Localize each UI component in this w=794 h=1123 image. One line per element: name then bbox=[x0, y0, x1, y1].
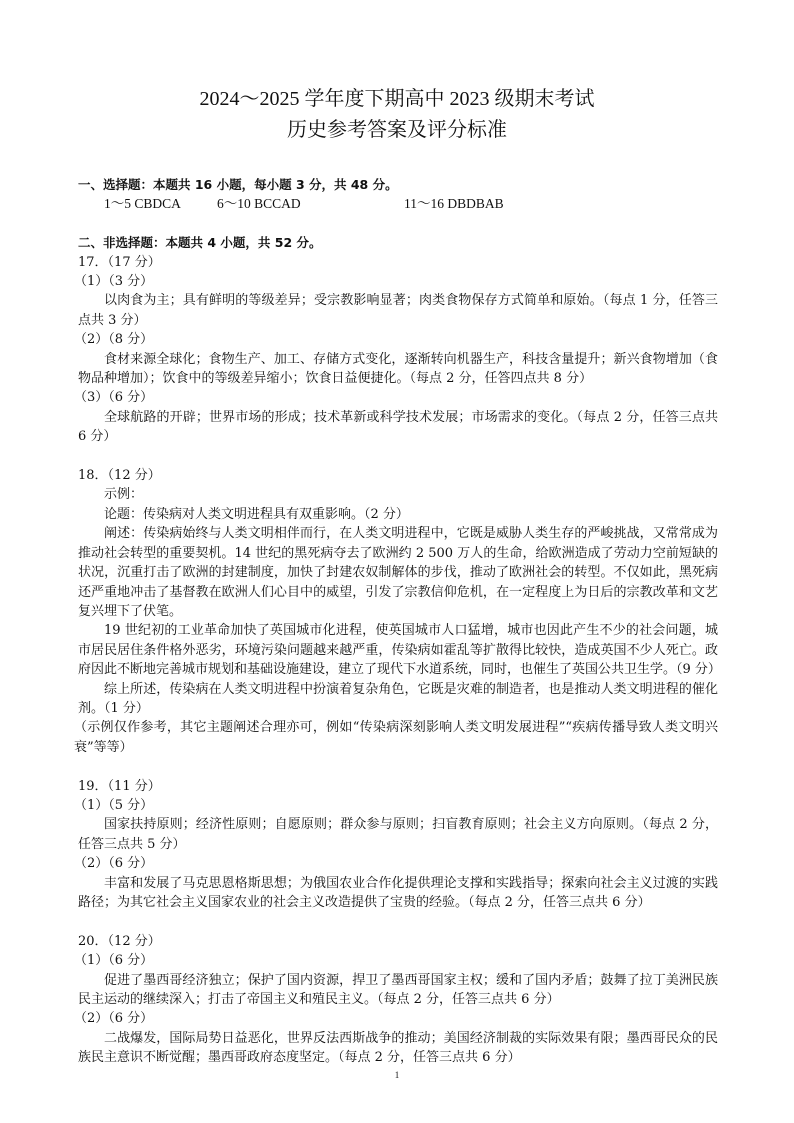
spacer bbox=[78, 214, 718, 233]
question-19-part2-label: （2）（6 分） bbox=[74, 854, 718, 873]
question-20-title: 20．（12 分） bbox=[78, 932, 718, 951]
question-20-part1-label: （1）（6 分） bbox=[74, 951, 718, 970]
question-20-part2-answer: 二战爆发，国际局势日益恶化，世界反法西斯战争的推动；美国经济制裁的实际效果有限；… bbox=[78, 1029, 718, 1068]
question-17-part3-answer: 全球航路的开辟；世界市场的形成；技术革新或科学技术发展；市场需求的变化。（每点 … bbox=[78, 408, 718, 447]
question-18-paragraph1: 阐述：传染病始终与人类文明相伴而行，在人类文明进程中，它既是威胁人类生存的严峻挑… bbox=[78, 524, 718, 621]
question-19-part2-answer: 丰富和发展了马克思恩格斯思想；为俄国农业合作化提供理论支撑和实践指导；探索向社会… bbox=[78, 874, 718, 913]
question-18-note: （示例仅作参考，其它主题阐述合理亦可，例如“传染病深刻影响人类文明发展进程”“疾… bbox=[74, 718, 718, 757]
answer-content: 一、选择题：本题共 16 小题，每小题 3 分，共 48 分。 1～5 CBDC… bbox=[78, 175, 718, 1068]
question-17-part3-label: （3）（6 分） bbox=[74, 388, 718, 407]
question-17-part2-answer: 食材来源全球化；食物生产、加工、存储方式变化，逐渐转向机器生产，科技含量提升；新… bbox=[78, 350, 718, 389]
question-18-conclusion: 综上所述，传染病在人类文明进程中扮演着复杂角色，它既是灾难的制造者，也是推动人类… bbox=[78, 680, 718, 719]
document-page: 2024～2025 学年度下期高中 2023 级期末考试 历史参考答案及评分标准… bbox=[0, 0, 794, 1123]
section2-heading: 二、非选择题：本题共 4 小题，共 52 分。 bbox=[78, 233, 718, 252]
question-18-title: 18．（12 分） bbox=[78, 466, 718, 485]
answer-group-1-5: 1～5 CBDCA bbox=[104, 194, 217, 213]
question-18-paragraph2: 19 世纪初的工业革命加快了英国城市化进程，使英国城市人口猛增，城市也因此产生不… bbox=[78, 621, 718, 679]
question-20-part1-answer: 促进了墨西哥经济独立；保护了国内资源，捍卫了墨西哥国家主权；缓和了国内矛盾；鼓舞… bbox=[78, 971, 718, 1010]
question-20-part2-label: （2）（6 分） bbox=[74, 1009, 718, 1028]
question-19-part1-label: （1）（5 分） bbox=[74, 796, 718, 815]
spacer bbox=[78, 447, 718, 466]
spacer bbox=[78, 912, 718, 931]
answer-group-11-16: 11～16 DBDBAB bbox=[404, 194, 504, 213]
question-19-title: 19．（11 分） bbox=[78, 777, 718, 796]
multiple-choice-answers: 1～5 CBDCA 6～10 BCCAD 11～16 DBDBAB bbox=[78, 194, 718, 213]
question-19-part1-answer: 国家扶持原则；经济性原则；自愿原则；群众参与原则；扫盲教育原则；社会主义方向原则… bbox=[78, 815, 718, 854]
document-subtitle: 历史参考答案及评分标准 bbox=[0, 113, 794, 142]
page-number: 1 bbox=[0, 1070, 794, 1080]
question-18-thesis: 论题：传染病对人类文明进程具有双重影响。（2 分） bbox=[78, 505, 718, 524]
question-18-example-label: 示例： bbox=[78, 485, 718, 504]
question-17-part1-label: （1）（3 分） bbox=[74, 272, 718, 291]
answer-group-6-10: 6～10 BCCAD bbox=[217, 194, 404, 213]
spacer bbox=[78, 757, 718, 776]
document-title: 2024～2025 学年度下期高中 2023 级期末考试 bbox=[0, 82, 794, 111]
section1-heading: 一、选择题：本题共 16 小题，每小题 3 分，共 48 分。 bbox=[78, 175, 718, 194]
question-17-part1-answer: 以肉食为主；具有鲜明的等级差异；受宗教影响显著；肉类食物保存方式简单和原始。（每… bbox=[78, 291, 718, 330]
question-17-part2-label: （2）（8 分） bbox=[74, 330, 718, 349]
question-17-title: 17．（17 分） bbox=[78, 253, 718, 272]
